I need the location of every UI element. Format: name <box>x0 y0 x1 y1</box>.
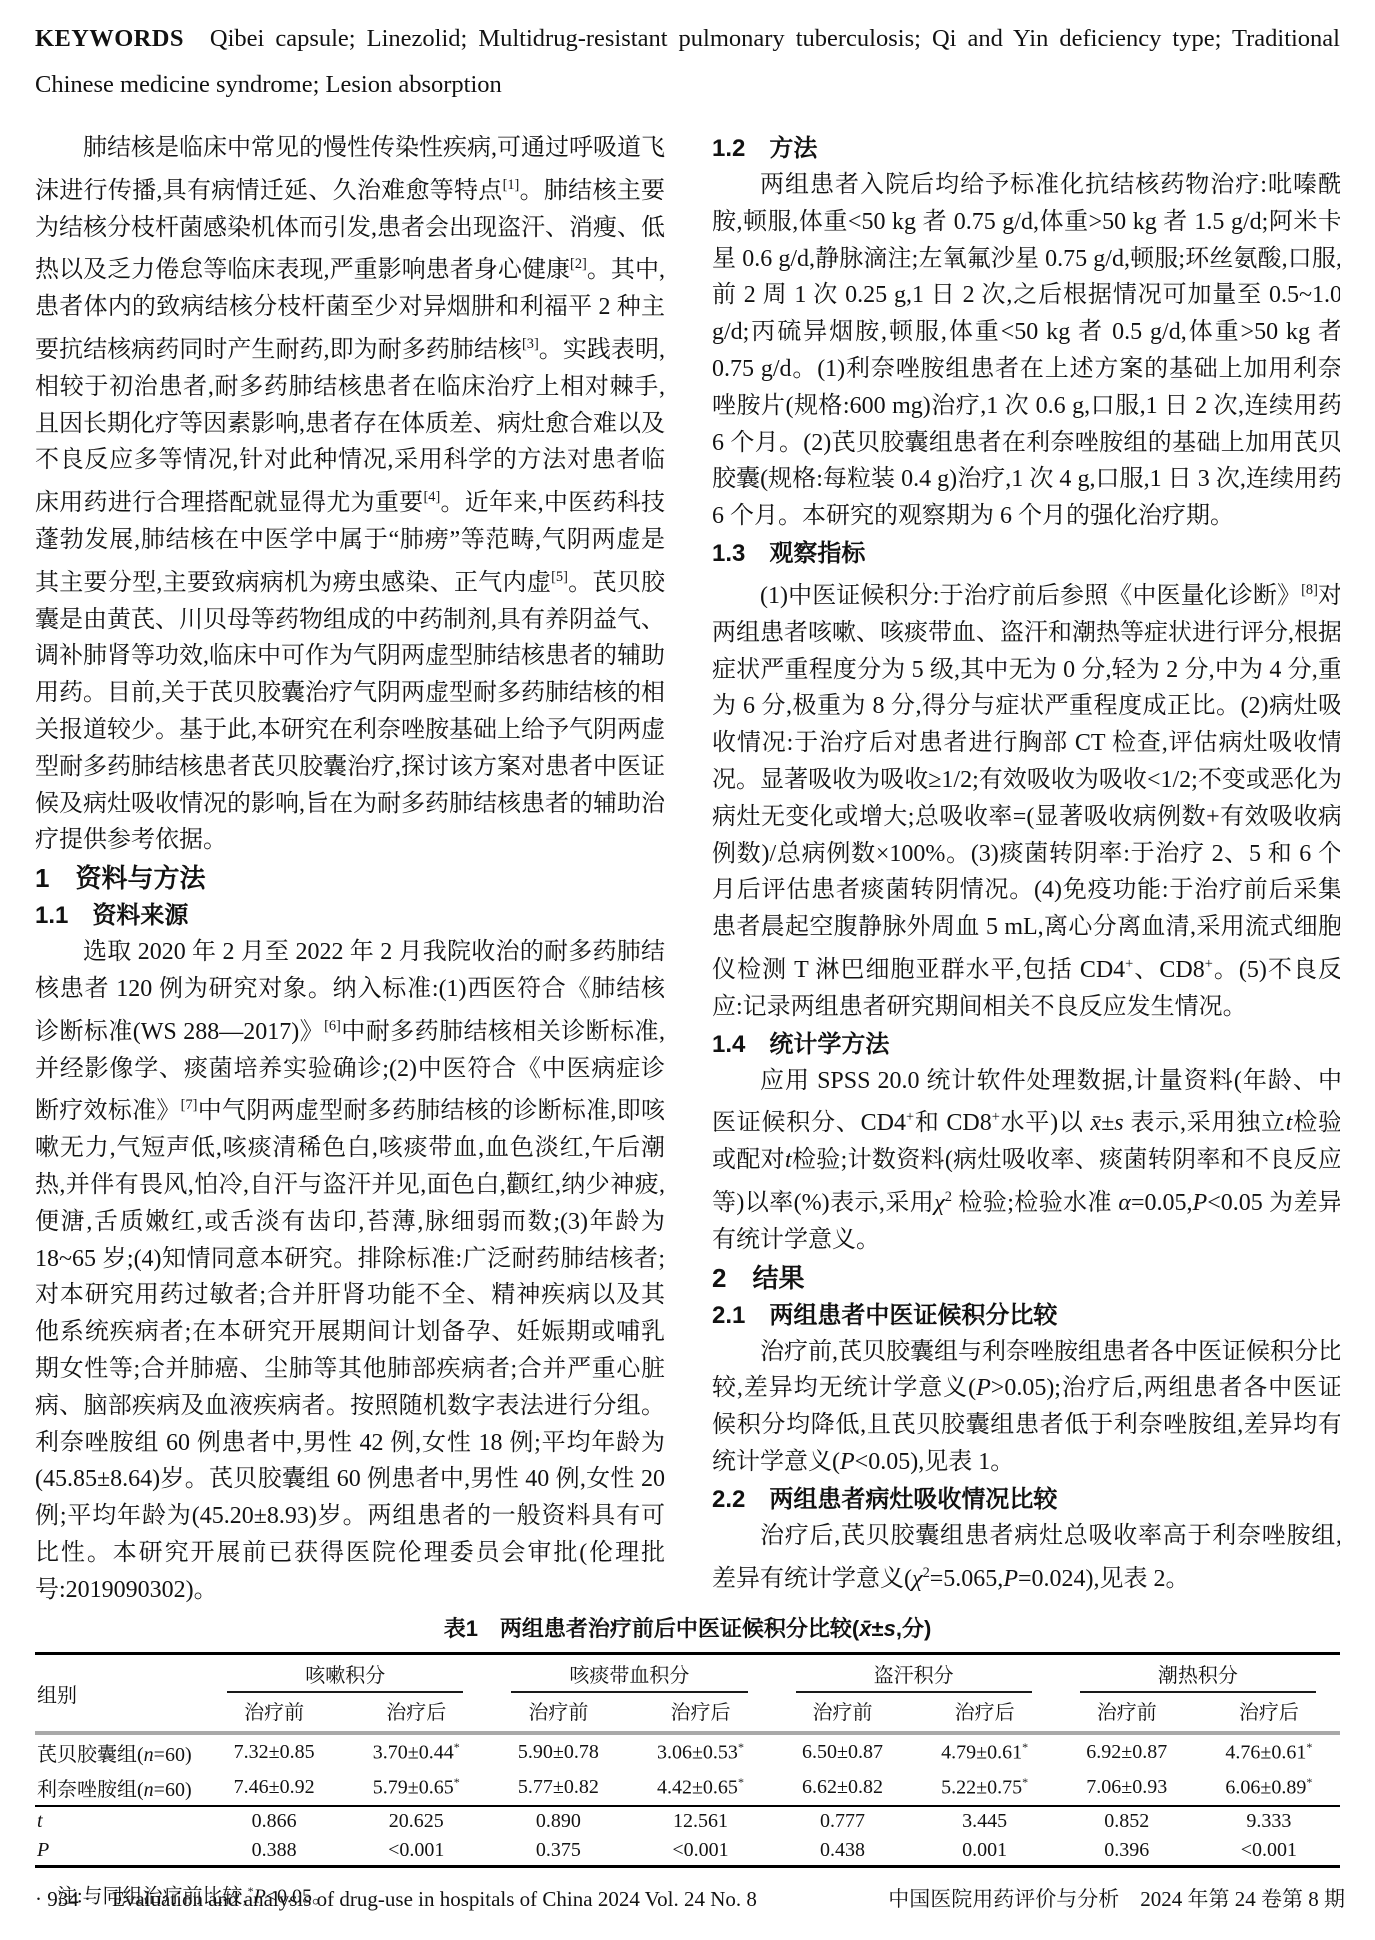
table-cell: <0.001 <box>345 1836 487 1867</box>
section-1-3-heading: 1.3 观察指标 <box>712 535 1340 572</box>
table-cell: 6.62±0.82 <box>772 1770 914 1806</box>
table1-block: 表1 两组患者治疗前后中医证候积分比较(x̄±s,分) 组别 咳嗽积分 咳痰带血… <box>35 1614 1340 1911</box>
table1-group-header-night-sweat: 盗汗积分 <box>772 1654 1056 1694</box>
table-row-linezolid: 利奈唑胺组(n=60) 7.46±0.92 5.79±0.65* 5.77±0.… <box>35 1770 1340 1806</box>
table1-subheader-row: 治疗前 治疗后 治疗前 治疗后 治疗前 治疗后 治疗前 治疗后 <box>35 1693 1340 1733</box>
intro-paragraph: 肺结核是临床中常见的慢性传染性疾病,可通过呼吸道飞沫进行传播,具有病情迁延、久治… <box>35 130 665 859</box>
table1-subheader: 治疗前 <box>203 1693 345 1733</box>
table-cell: 4.76±0.61* <box>1198 1733 1340 1770</box>
table-cell: 12.561 <box>629 1806 771 1836</box>
section-1-2-paragraph: 两组患者入院后均给予标准化抗结核药物治疗:吡嗪酰胺,顿服,体重<50 kg 者 … <box>712 167 1340 535</box>
section-1-2-heading: 1.2 方法 <box>712 130 1340 167</box>
table1-subheader: 治疗前 <box>772 1693 914 1733</box>
table-cell: 5.22±0.75* <box>914 1770 1056 1806</box>
table-cell: 20.625 <box>345 1806 487 1836</box>
table-cell: <0.001 <box>1198 1836 1340 1867</box>
left-column: 肺结核是临床中常见的慢性传染性疾病,可通过呼吸道飞沫进行传播,具有病情迁延、久治… <box>35 130 665 1608</box>
keywords-line: KEYWORDSQibei capsule; Linezolid; Multid… <box>35 16 1340 108</box>
section-2-2-heading: 2.2 两组患者病灶吸收情况比较 <box>712 1481 1340 1518</box>
section-2-2-paragraph: 治疗后,芪贝胶囊组患者病灶总吸收率高于利奈唑胺组,差异有统计学意义(χ2=5.0… <box>712 1518 1340 1598</box>
table1-group-header-cough: 咳嗽积分 <box>203 1654 487 1694</box>
table-cell: 5.77±0.82 <box>487 1770 629 1806</box>
table-cell: <0.001 <box>629 1836 771 1867</box>
row-label: t <box>35 1806 203 1836</box>
table-cell: 0.438 <box>772 1836 914 1867</box>
table1: 组别 咳嗽积分 咳痰带血积分 盗汗积分 潮热积分 治疗前 治疗后 治疗前 治疗后… <box>35 1652 1340 1868</box>
table-cell: 6.92±0.87 <box>1056 1733 1198 1770</box>
table1-title: 表1 两组患者治疗前后中医证候积分比较(x̄±s,分) <box>35 1614 1340 1644</box>
table1-subheader: 治疗前 <box>1056 1693 1198 1733</box>
table-cell: 0.890 <box>487 1806 629 1836</box>
table1-group-header-hemoptysis: 咳痰带血积分 <box>487 1654 771 1694</box>
table-row-qibei: 芪贝胶囊组(n=60) 7.32±0.85 3.70±0.44* 5.90±0.… <box>35 1733 1340 1770</box>
table1-group-header-row: 组别 咳嗽积分 咳痰带血积分 盗汗积分 潮热积分 <box>35 1654 1340 1694</box>
table1-subheader: 治疗后 <box>345 1693 487 1733</box>
keywords-label: KEYWORDS <box>35 25 184 52</box>
table-row-t-value: t 0.866 20.625 0.890 12.561 0.777 3.445 … <box>35 1806 1340 1836</box>
table-cell: 3.445 <box>914 1806 1056 1836</box>
table-cell: 3.70±0.44* <box>345 1733 487 1770</box>
table-cell: 4.42±0.65* <box>629 1770 771 1806</box>
row-label: 利奈唑胺组(n=60) <box>35 1770 203 1806</box>
table-cell: 4.79±0.61* <box>914 1733 1056 1770</box>
table-cell: 0.852 <box>1056 1806 1198 1836</box>
table-cell: 3.06±0.53* <box>629 1733 771 1770</box>
footer-journal-english: · 934 · Evaluation and analysis of drug-… <box>35 1884 757 1914</box>
table-cell: 0.777 <box>772 1806 914 1836</box>
table-cell: 5.90±0.78 <box>487 1733 629 1770</box>
table1-group-col-header: 组别 <box>35 1654 203 1734</box>
table-cell: 6.06±0.89* <box>1198 1770 1340 1806</box>
table-cell: 6.50±0.87 <box>772 1733 914 1770</box>
table1-subheader: 治疗后 <box>914 1693 1056 1733</box>
table-cell: 0.866 <box>203 1806 345 1836</box>
page-footer: · 934 · Evaluation and analysis of drug-… <box>35 1884 1345 1914</box>
table1-subheader: 治疗后 <box>629 1693 771 1733</box>
section-2-1-heading: 2.1 两组患者中医证候积分比较 <box>712 1297 1340 1334</box>
table-cell: 0.388 <box>203 1836 345 1867</box>
section-1-3-paragraph: (1)中医证候积分:于治疗前后参照《中医量化诊断》[8]对两组患者咳嗽、咳痰带血… <box>712 572 1340 1026</box>
table1-subheader: 治疗后 <box>1198 1693 1340 1733</box>
table-cell: 0.375 <box>487 1836 629 1867</box>
section-2-1-paragraph: 治疗前,芪贝胶囊组与利奈唑胺组患者各中医证候积分比较,差异均无统计学意义(P>0… <box>712 1334 1340 1481</box>
section-1-4-heading: 1.4 统计学方法 <box>712 1026 1340 1063</box>
table1-group-header-tidal-fever: 潮热积分 <box>1056 1654 1340 1694</box>
table-cell: 7.06±0.93 <box>1056 1770 1198 1806</box>
paper-page: KEYWORDSQibei capsule; Linezolid; Multid… <box>0 0 1375 1940</box>
section-1-1-paragraph: 选取 2020 年 2 月至 2022 年 2 月我院收治的耐多药肺结核患者 1… <box>35 934 665 1608</box>
table-cell: 9.333 <box>1198 1806 1340 1836</box>
two-column-body: 肺结核是临床中常见的慢性传染性疾病,可通过呼吸道飞沫进行传播,具有病情迁延、久治… <box>35 130 1340 1608</box>
table-cell: 0.001 <box>914 1836 1056 1867</box>
table-cell: 0.396 <box>1056 1836 1198 1867</box>
keywords-text: Qibei capsule; Linezolid; Multidrug-resi… <box>35 25 1340 98</box>
table-row-p-value: P 0.388 <0.001 0.375 <0.001 0.438 0.001 … <box>35 1836 1340 1867</box>
right-column: 1.2 方法 两组患者入院后均给予标准化抗结核药物治疗:吡嗪酰胺,顿服,体重<5… <box>712 130 1340 1608</box>
section-2-heading: 2 结果 <box>712 1259 1340 1297</box>
table-cell: 5.79±0.65* <box>345 1770 487 1806</box>
row-label: P <box>35 1836 203 1867</box>
section-1-1-heading: 1.1 资料来源 <box>35 897 665 934</box>
table-cell: 7.32±0.85 <box>203 1733 345 1770</box>
table1-subheader: 治疗前 <box>487 1693 629 1733</box>
footer-journal-chinese: 中国医院用药评价与分析 2024 年第 24 卷第 8 期 <box>888 1884 1345 1914</box>
section-1-4-paragraph: 应用 SPSS 20.0 统计软件处理数据,计量资料(年龄、中医证候积分、CD4… <box>712 1063 1340 1259</box>
row-label: 芪贝胶囊组(n=60) <box>35 1733 203 1770</box>
section-1-heading: 1 资料与方法 <box>35 859 665 897</box>
table-cell: 7.46±0.92 <box>203 1770 345 1806</box>
